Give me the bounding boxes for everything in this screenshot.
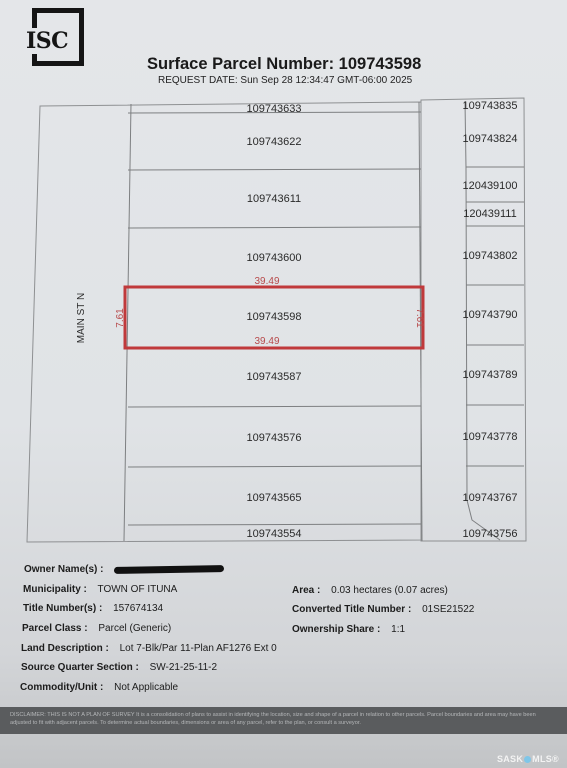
parcel-label: 109743598	[246, 311, 301, 323]
parcel-label: 109743565	[246, 492, 301, 504]
east-parcel-label: 109743756	[462, 528, 517, 540]
parcel-label: 109743554	[246, 528, 301, 540]
title-number-row: Title Number(s) : 157674134	[23, 603, 163, 614]
east-parcel-label: 109743835	[462, 100, 517, 112]
municipality-row: Municipality : TOWN OF ITUNA	[23, 584, 177, 595]
parcel-label: 109743622	[246, 136, 301, 148]
ownership-share-label: Ownership Share :	[292, 624, 380, 635]
land-description-row: Land Description : Lot 7-Blk/Par 11-Plan…	[21, 643, 277, 654]
east-parcel-label: 120439111	[463, 208, 516, 220]
parcel-class-label: Parcel Class :	[22, 623, 88, 634]
east-parcel-label: 109743778	[462, 431, 517, 443]
area-row: Area : 0.03 hectares (0.07 acres)	[292, 585, 448, 596]
title-number-value: 157674134	[113, 603, 163, 614]
east-parcel-label: 109743802	[462, 250, 517, 262]
parcel-label: 109743633	[246, 103, 301, 115]
parcel-class-row: Parcel Class : Parcel (Generic)	[22, 623, 171, 634]
owner-redacted	[114, 565, 224, 574]
east-parcel-label: 109743790	[462, 309, 517, 321]
dimension-right: 7.61	[414, 308, 425, 328]
street-label: MAIN ST N	[76, 293, 87, 343]
east-parcel-label: 109743789	[462, 369, 517, 381]
owner-label: Owner Name(s) :	[24, 564, 103, 575]
parcel-label: 109743576	[246, 432, 301, 444]
municipality-value: TOWN OF ITUNA	[98, 584, 178, 595]
east-parcel-label: 120439100	[462, 180, 517, 192]
title-number-label: Title Number(s) :	[23, 603, 102, 614]
commodity-row: Commodity/Unit : Not Applicable	[20, 682, 178, 693]
area-label: Area :	[292, 585, 320, 596]
watermark-right: MLS®	[532, 754, 559, 764]
land-description-label: Land Description :	[21, 643, 109, 654]
converted-title-value: 01SE21522	[422, 604, 474, 615]
owner-row: Owner Name(s) :	[24, 564, 224, 575]
parcel-label: 109743587	[246, 371, 301, 383]
converted-title-row: Converted Title Number : 01SE21522	[292, 604, 474, 615]
mls-dot-icon	[524, 756, 531, 763]
east-parcel-label: 109743824	[462, 133, 517, 145]
dimension-bottom: 39.49	[254, 336, 279, 347]
dimension-left: 7.61	[115, 308, 126, 328]
land-description-value: Lot 7-Blk/Par 11-Plan AF1276 Ext 0	[120, 643, 277, 654]
municipality-label: Municipality :	[23, 584, 87, 595]
parcel-label: 109743600	[246, 252, 301, 264]
dimension-top: 39.49	[254, 276, 279, 287]
commodity-value: Not Applicable	[114, 682, 178, 693]
east-parcel-label: 109743767	[462, 492, 517, 504]
parcel-class-value: Parcel (Generic)	[98, 623, 171, 634]
converted-title-label: Converted Title Number :	[292, 604, 411, 615]
ownership-share-row: Ownership Share : 1:1	[292, 624, 405, 635]
source-quarter-row: Source Quarter Section : SW-21-25-11-2	[21, 662, 217, 673]
disclaimer-bar: DISCLAIMER: THIS IS NOT A PLAN OF SURVEY…	[0, 707, 567, 734]
area-value: 0.03 hectares (0.07 acres)	[331, 585, 448, 596]
watermark-left: SASK	[497, 754, 523, 764]
source-quarter-value: SW-21-25-11-2	[150, 662, 217, 673]
parcel-map: 1097436331097436221097436111097436001097…	[0, 0, 567, 560]
source-quarter-label: Source Quarter Section :	[21, 662, 139, 673]
commodity-label: Commodity/Unit :	[20, 682, 103, 693]
parcel-label: 109743611	[247, 193, 301, 205]
ownership-share-value: 1:1	[391, 624, 405, 635]
sask-mls-watermark: SASKMLS®	[497, 754, 559, 764]
